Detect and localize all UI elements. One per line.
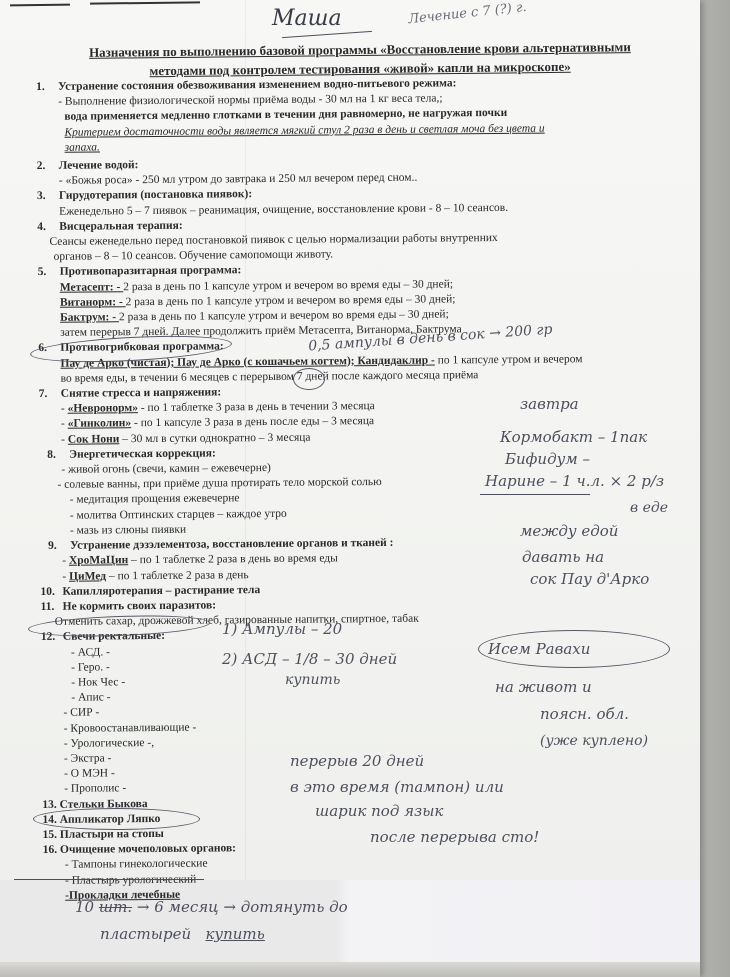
table-edge xyxy=(0,962,700,977)
handwritten-side-note: Кормобакт – 1пак xyxy=(500,428,647,446)
handwritten-middle-note: после перерыва сто! xyxy=(370,828,539,846)
handwritten-middle-note: перерыв 20 дней xyxy=(290,752,424,770)
handwritten-candle-note: купить xyxy=(285,672,340,688)
ink-underline xyxy=(480,494,590,495)
handwritten-right-note: на живот и xyxy=(495,678,592,696)
ink-circle-7-days xyxy=(293,368,325,390)
handwritten-candle-note: 2) АСД – 1/8 – 30 дней xyxy=(222,650,397,668)
handwritten-side-note: завтра xyxy=(520,395,579,413)
handwritten-middle-note: шарик под язык xyxy=(315,802,443,820)
handwritten-side-note: между едой xyxy=(520,522,618,540)
handwritten-bottom-note: пластырей купить xyxy=(100,925,265,943)
handwritten-right-note: (уже куплено) xyxy=(540,733,648,749)
handwritten-middle-note: в это время (тампон) или xyxy=(290,778,504,796)
handwritten-side-note: давать на xyxy=(522,548,604,566)
handwritten-candle-note: 1) Ампулы – 20 xyxy=(222,620,342,638)
handwritten-side-note: в еде xyxy=(630,500,668,516)
ink-underline-pads xyxy=(14,879,204,880)
ink-circle-section-15 xyxy=(33,808,200,830)
handwritten-right-note: поясн. обл. xyxy=(540,705,629,723)
handwritten-bottom-note: 10 шт. → 6 месяц → дотянуть до xyxy=(75,898,348,916)
handwritten-side-note: сок Пау д'Арко xyxy=(530,570,649,588)
handwritten-side-note: Бифидум – xyxy=(505,450,590,468)
handwritten-side-note: Нарине – 1 ч.л. × 2 р/з xyxy=(485,472,664,490)
handwritten-name: Маша xyxy=(272,6,342,31)
handwritten-circled-note: Исем Равахи xyxy=(488,640,590,658)
